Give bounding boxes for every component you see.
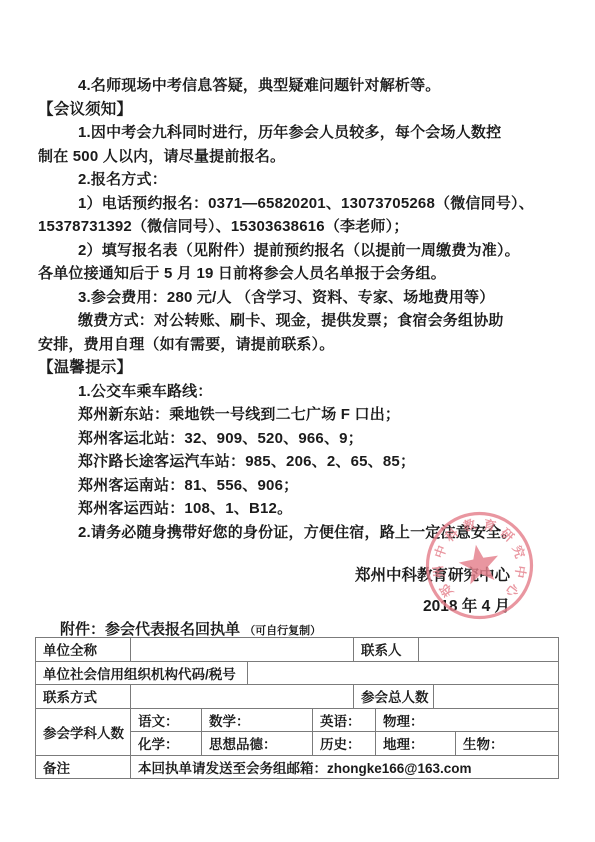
- subject-yuwen: 语文：: [131, 708, 202, 732]
- body-line: 安排，费用自理（如有需要，请提前联系）。: [38, 333, 560, 357]
- body-line: 缴费方式：对公转账、刷卡、现金，提供发票；食宿会务组协助: [38, 309, 560, 333]
- form-row-contact: 联系方式 参会总人数: [36, 685, 559, 709]
- form-row-subjects-1: 参会学科人数 语文： 数学： 英语： 物理：: [36, 708, 559, 732]
- credit-code-label: 单位社会信用组织机构代码/税号: [36, 661, 248, 685]
- body-line: 3.参会费用：280 元/人 （含学习、资料、专家、场地费用等）: [38, 286, 560, 310]
- body-text: 4.名师现场中考信息答疑，典型疑难问题针对解析等。【会议须知】1.因中考会九科同…: [38, 74, 560, 544]
- subject-huaxue: 化学：: [131, 732, 202, 756]
- contact-method-label: 联系方式: [36, 685, 131, 709]
- subject-yingyu: 英语：: [313, 708, 376, 732]
- subject-dili: 地理：: [376, 732, 456, 756]
- total-attendees-field: [434, 685, 559, 709]
- official-seal-stamp: 郑州中科教育研究中心: [412, 498, 547, 633]
- seal-text-char: 究: [510, 543, 528, 560]
- contact-method-field: [131, 685, 354, 709]
- contact-person-field: [419, 638, 559, 662]
- attachment-title: 附件：参会代表报名回执单 （可自行复制）: [60, 618, 321, 639]
- subject-shuxue: 数学：: [202, 708, 313, 732]
- seal-text-char: 教: [461, 516, 478, 534]
- form-row-credit-code: 单位社会信用组织机构代码/税号: [36, 661, 559, 685]
- unit-name-field: [131, 638, 354, 662]
- body-line: 4.名师现场中考信息答疑，典型疑难问题针对解析等。: [38, 74, 560, 98]
- seal-text-char: 中: [512, 565, 529, 580]
- subject-wuli: 物理：: [376, 708, 559, 732]
- subject-shengwu: 生物：: [456, 732, 559, 756]
- document-page: 4.名师现场中考信息答疑，典型疑难问题针对解析等。【会议须知】1.因中考会九科同…: [0, 0, 595, 842]
- subject-lishi: 历史：: [313, 732, 376, 756]
- body-line: 1.因中考会九科同时进行，历年参会人员较多，每个会场人数控: [38, 121, 560, 145]
- body-line: 郑汴路长途客运汽车站：985、206、2、65、85；: [38, 450, 560, 474]
- section-heading: 【温馨提示】: [38, 356, 560, 380]
- contact-person-label: 联系人: [354, 638, 419, 662]
- attachment-title-text: 附件：参会代表报名回执单: [60, 621, 240, 638]
- form-row-remark: 备注 本回执单请发送至会务组邮箱：zhongke166@163.com: [36, 755, 559, 779]
- body-line: 2.报名方式：: [38, 168, 560, 192]
- seal-text-char: 育: [482, 516, 498, 534]
- body-line: 1）电话预约报名：0371—65820201、13073705268（微信同号）…: [38, 192, 560, 216]
- credit-code-field: [248, 661, 559, 685]
- body-line: 郑州新东站：乘地铁一号线到二七广场 F 口出；: [38, 403, 560, 427]
- form-row-unit: 单位全称 联系人: [36, 638, 559, 662]
- body-line: 1.公交车乘车路线：: [38, 380, 560, 404]
- body-line: 郑州客运北站：32、909、520、966、9；: [38, 427, 560, 451]
- body-line: 郑州客运南站：81、556、906；: [38, 474, 560, 498]
- body-line: 制在 500 人以内，请尽量提前报名。: [38, 145, 560, 169]
- section-heading: 【会议须知】: [38, 98, 560, 122]
- attachment-copy-note: （可自行复制）: [244, 625, 321, 637]
- remark-label: 备注: [36, 755, 131, 779]
- body-line: 2）填写报名表（见附件）提前预约报名（以提前一周缴费为准）。: [38, 239, 560, 263]
- reply-form-table: 单位全称 联系人 单位社会信用组织机构代码/税号 联系方式 参会总人数 参会学科…: [35, 637, 559, 779]
- seal-star-icon: [459, 545, 498, 585]
- subject-counts-label: 参会学科人数: [36, 708, 131, 755]
- body-line: 各单位接通知后于 5 月 19 日前将参会人员名单报于会务组。: [38, 262, 560, 286]
- seal-text-char: 中: [431, 543, 449, 560]
- remark-value: 本回执单请发送至会务组邮箱：zhongke166@163.com: [131, 755, 559, 779]
- seal-text-char: 州: [431, 565, 447, 580]
- body-line: 15378731392（微信同号）、15303638616（李老师）；: [38, 215, 560, 239]
- unit-name-label: 单位全称: [36, 638, 131, 662]
- total-attendees-label: 参会总人数: [354, 685, 434, 709]
- subject-sixiangpinde: 思想品德：: [202, 732, 313, 756]
